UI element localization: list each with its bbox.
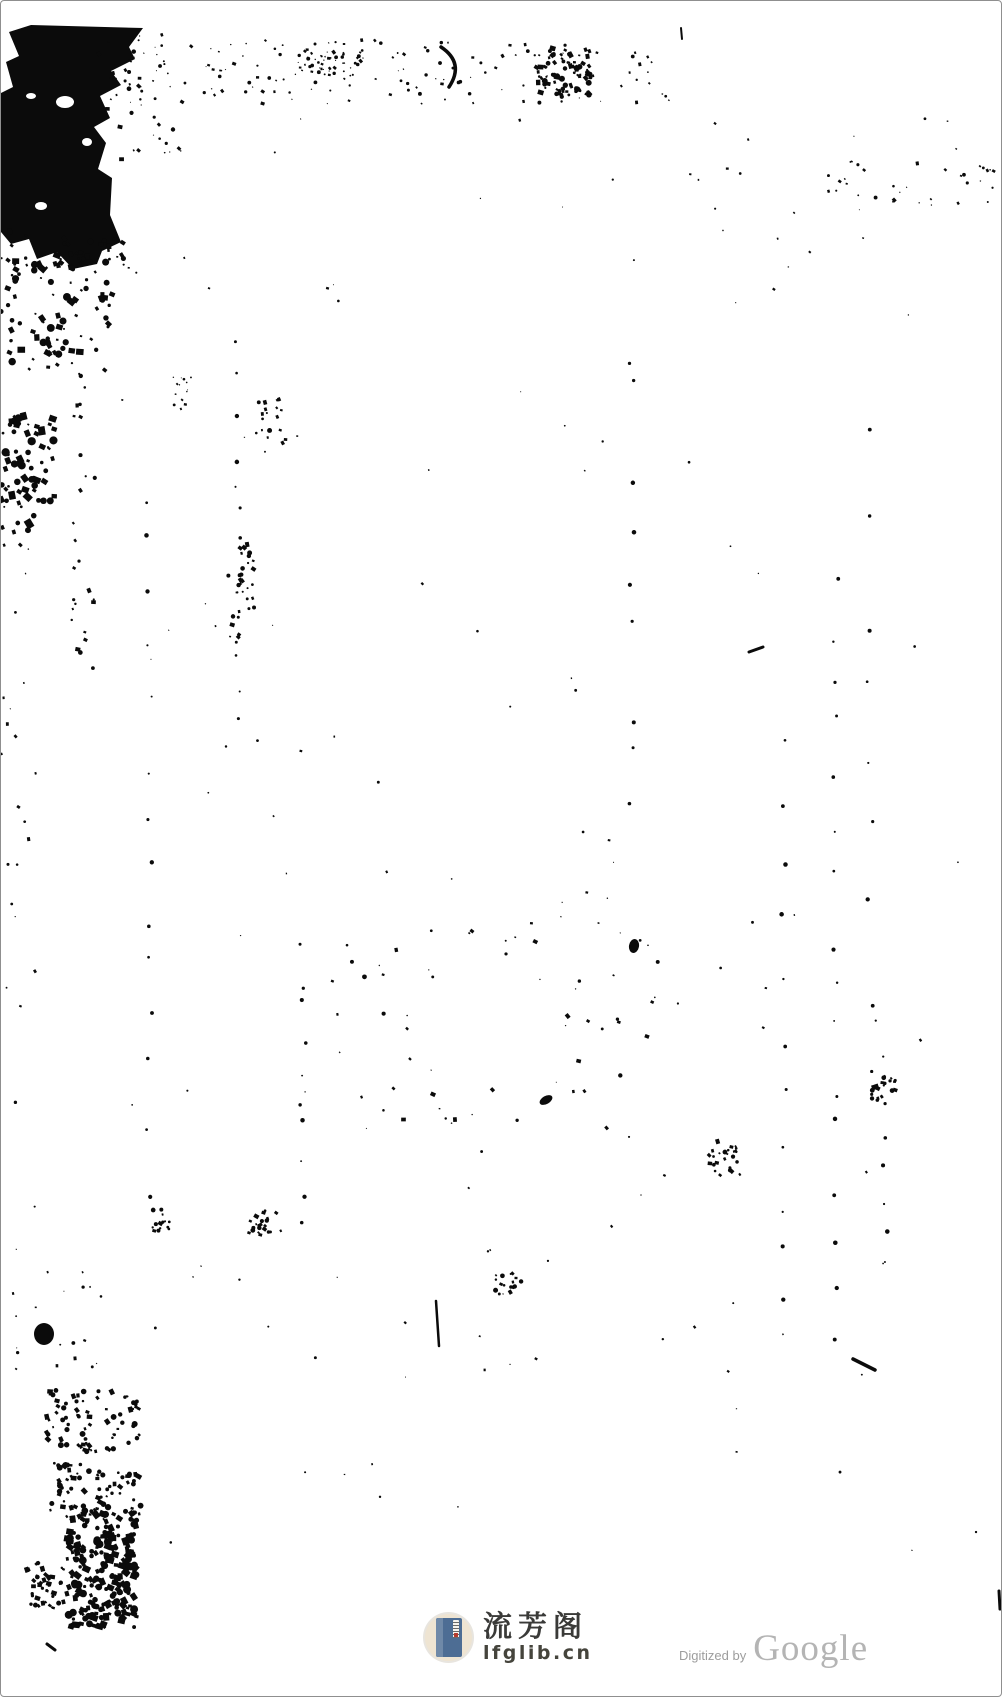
book-spine-stitching bbox=[436, 1618, 443, 1657]
book-icon bbox=[436, 1618, 462, 1657]
google-logo: Google bbox=[753, 1627, 868, 1670]
scan-noise-layer bbox=[1, 1, 1002, 1697]
watermark-url: lfglib.cn bbox=[483, 1644, 593, 1663]
watermark-logo-circle bbox=[425, 1614, 472, 1661]
scanned-page: 流芳阁 lfglib.cn Digitized by Google bbox=[0, 0, 1002, 1697]
watermark-title: 流芳阁 bbox=[483, 1612, 593, 1641]
watermark-text: 流芳阁 lfglib.cn bbox=[483, 1612, 593, 1663]
site-watermark: 流芳阁 lfglib.cn bbox=[425, 1612, 593, 1663]
red-seal-icon bbox=[454, 1633, 458, 1637]
digitized-by-credit: Digitized by Google bbox=[679, 1627, 868, 1670]
digitized-by-label: Digitized by bbox=[679, 1648, 746, 1663]
book-title-slip bbox=[453, 1620, 459, 1638]
